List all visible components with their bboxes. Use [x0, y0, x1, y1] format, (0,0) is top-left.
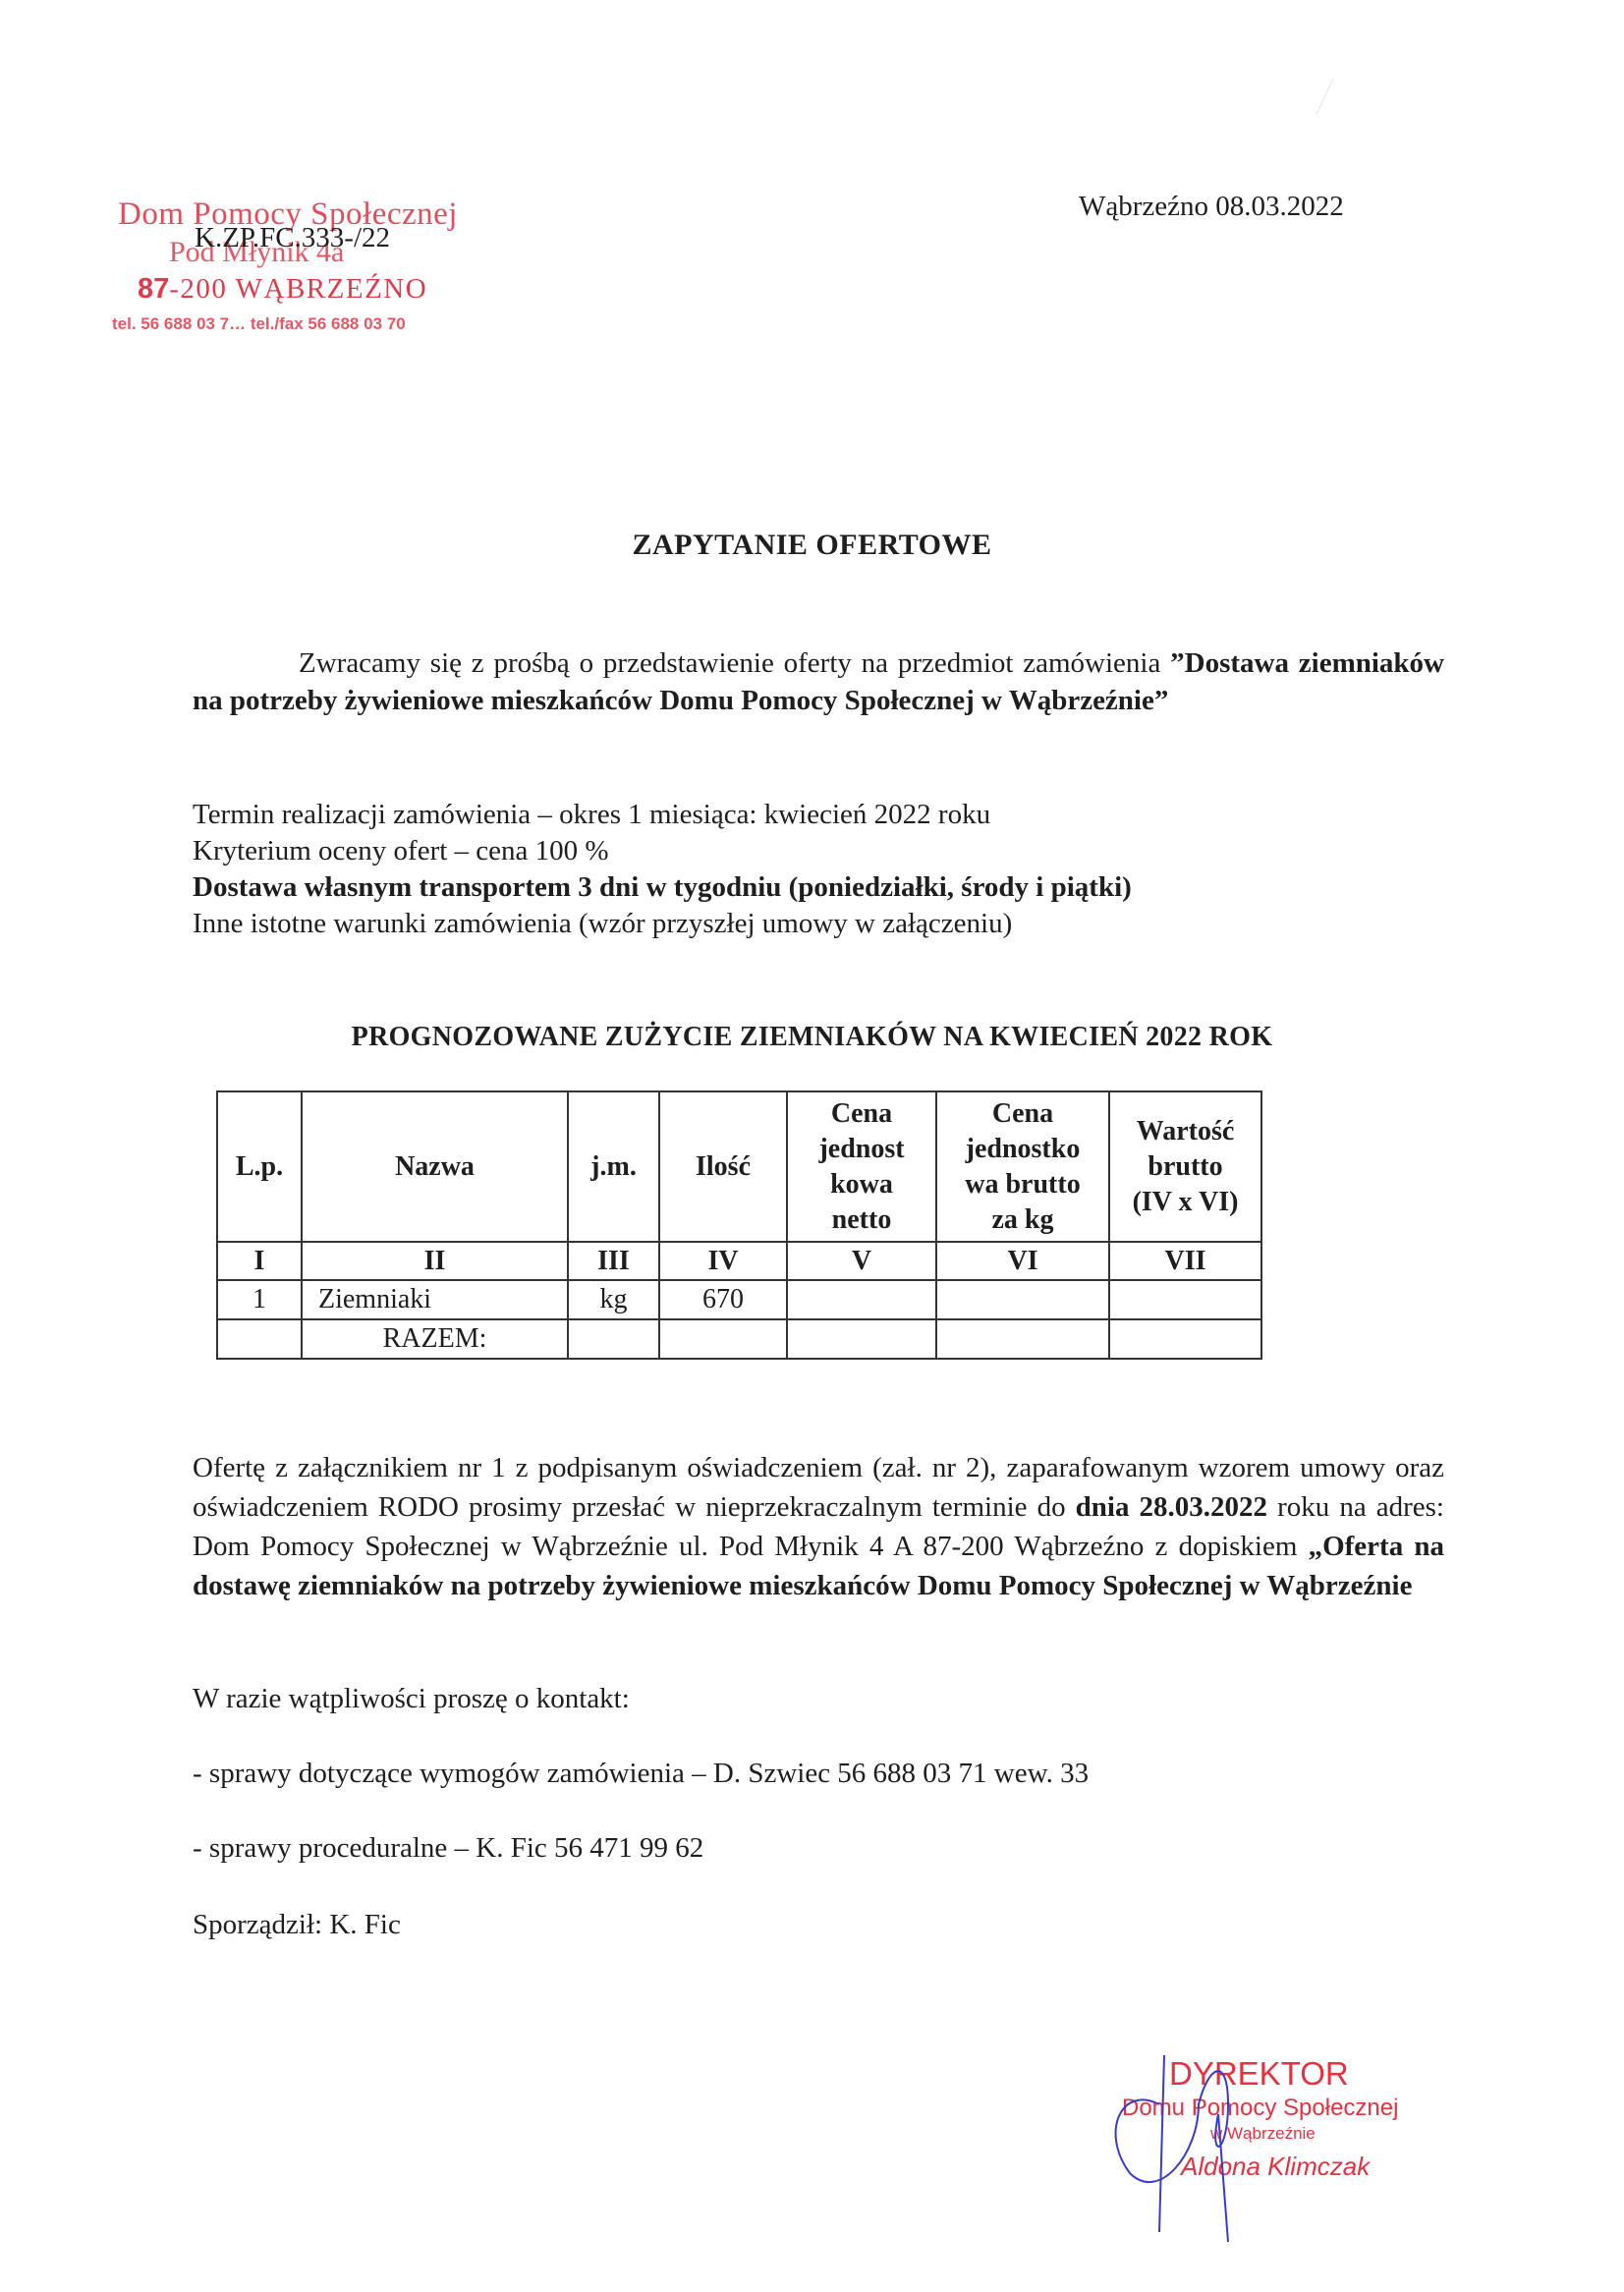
place-date: Wąbrzeźno 08.03.2022: [1079, 191, 1344, 223]
roman-cell: IV: [659, 1242, 787, 1280]
header-cell: L.p.: [217, 1091, 302, 1242]
stamp-phone: tel. 56 688 03 7… tel./fax 56 688 03 70: [112, 314, 406, 334]
scan-mark: [1287, 79, 1334, 114]
intro-paragraph: Zwracamy się z prośbą o przedstawienie o…: [193, 644, 1444, 719]
table-row: 1 Ziemniaki kg 670: [217, 1280, 1261, 1319]
total-empty-cell: [1109, 1319, 1261, 1359]
header-cell: j.m.: [568, 1091, 659, 1242]
cell-gross-value: [1109, 1280, 1261, 1319]
contact-intro: W razie wątpliwości proszę o kontakt:: [193, 1680, 630, 1717]
total-empty-cell: [217, 1319, 302, 1359]
total-empty-cell: [936, 1319, 1109, 1359]
roman-cell: VI: [936, 1242, 1109, 1280]
cell-lp: 1: [217, 1280, 302, 1319]
conditions-list: Termin realizacji zamówienia – okres 1 m…: [193, 797, 1470, 942]
roman-cell: V: [787, 1242, 936, 1280]
handwritten-signature-icon: [1081, 1996, 1336, 2252]
total-empty-cell: [787, 1319, 936, 1359]
table-title: PROGNOZOWANE ZUŻYCIE ZIEMNIAKÓW NA KWIEC…: [0, 1022, 1624, 1053]
submission-deadline: dnia 28.03.2022: [1076, 1491, 1267, 1523]
roman-cell: VII: [1109, 1242, 1261, 1280]
total-empty-cell: [568, 1319, 659, 1359]
contact-procedural: - sprawy proceduralne – K. Fic 56 471 99…: [193, 1829, 703, 1867]
reference-number: K.ZP.FC.333-/22: [195, 222, 390, 254]
header-cell: Cenajednostkowa bruttoza kg: [936, 1091, 1109, 1242]
contact-requirements: - sprawy dotyczące wymogów zamówienia – …: [193, 1755, 1089, 1792]
header-cell: Nazwa: [302, 1091, 568, 1242]
condition-deadline: Termin realizacji zamówienia – okres 1 m…: [193, 797, 1470, 833]
table-total-row: RAZEM:: [217, 1319, 1261, 1359]
condition-other: Inne istotne warunki zamówienia (wzór pr…: [193, 906, 1470, 942]
header-cell: Ilość: [659, 1091, 787, 1242]
condition-criterion: Kryterium oceny ofert – cena 100 %: [193, 833, 1470, 869]
submission-paragraph: Ofertę z załącznikiem nr 1 z podpisanym …: [193, 1448, 1444, 1605]
roman-cell: III: [568, 1242, 659, 1280]
cell-name: Ziemniaki: [302, 1280, 568, 1319]
roman-cell: I: [217, 1242, 302, 1280]
document-title: ZAPYTANIE OFERTOWE: [0, 529, 1624, 562]
roman-cell: II: [302, 1242, 568, 1280]
header-cell: Wartośćbrutto(IV x VI): [1109, 1091, 1261, 1242]
header-cell: Cenajednostkowanetto: [787, 1091, 936, 1242]
cell-unit: kg: [568, 1280, 659, 1319]
table-header-row: L.p. Nazwa j.m. Ilość Cenajednostkowanet…: [217, 1091, 1261, 1242]
cell-net-price: [787, 1280, 936, 1319]
cell-gross-price: [936, 1280, 1109, 1319]
condition-delivery: Dostawa własnym transportem 3 dni w tygo…: [193, 869, 1470, 906]
table-roman-row: I II III IV V VI VII: [217, 1242, 1261, 1280]
intro-text: Zwracamy się z prośbą o przedstawienie o…: [299, 647, 1160, 679]
cell-qty: 670: [659, 1280, 787, 1319]
total-label: RAZEM:: [302, 1319, 568, 1359]
forecast-table: L.p. Nazwa j.m. Ilość Cenajednostkowanet…: [216, 1090, 1262, 1360]
total-empty-cell: [659, 1319, 787, 1359]
prepared-by: Sporządził: K. Fic: [193, 1906, 401, 1943]
stamp-postal-city: 87-200 WĄBRZEŹNO: [138, 273, 427, 306]
